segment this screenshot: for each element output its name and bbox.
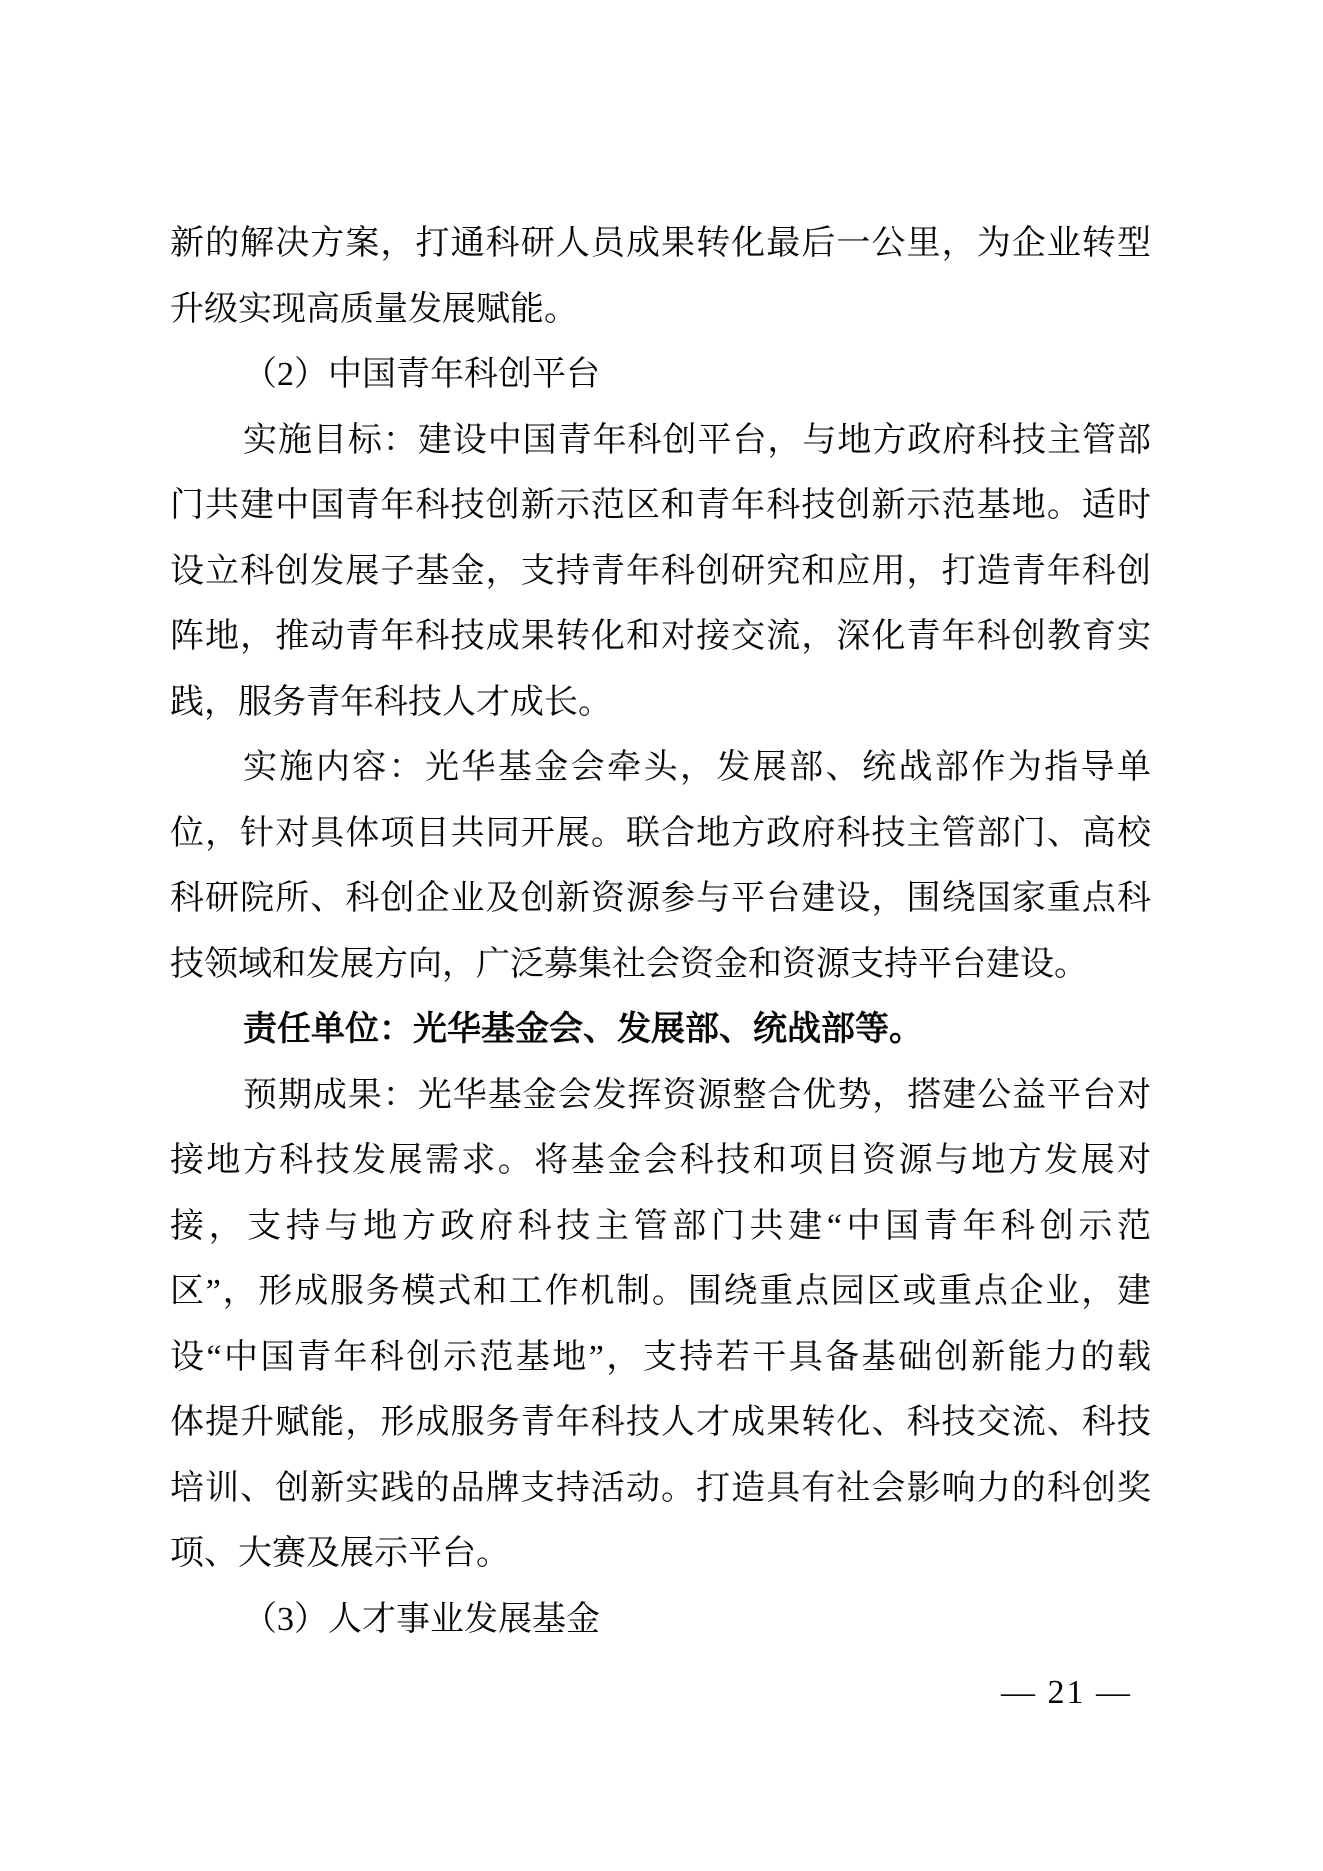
text-line: 区”，形成服务模式和工作机制。围绕重点园区或重点企业，建 — [170, 1259, 1151, 1325]
document-body: 新的解决方案，打通科研人员成果转化最后一公里，为企业转型升级实现高质量发展赋能。… — [170, 211, 1151, 1652]
text-line: 新的解决方案，打通科研人员成果转化最后一公里，为企业转型 — [170, 211, 1151, 277]
page-number: — 21 — — [1001, 1672, 1132, 1714]
text-line: 项、大赛及展示平台。 — [170, 1521, 1151, 1587]
text-line: 设“中国青年科创示范基地”，支持若干具备基础创新能力的载 — [170, 1325, 1151, 1391]
text-line: 践，服务青年科技人才成长。 — [170, 670, 1151, 736]
text-line: （2）中国青年科创平台 — [170, 342, 1151, 408]
text-line: 升级实现高质量发展赋能。 — [170, 277, 1151, 343]
text-line: （3）人才事业发展基金 — [170, 1587, 1151, 1653]
text-line: 接地方科技发展需求。将基金会科技和项目资源与地方发展对 — [170, 1128, 1151, 1194]
responsibility-unit-line: 责任单位：光华基金会、发展部、统战部等。 — [170, 997, 1151, 1063]
text-line: 培训、创新实践的品牌支持活动。打造具有社会影响力的科创奖 — [170, 1456, 1151, 1522]
document-page: 新的解决方案，打通科研人员成果转化最后一公里，为企业转型升级实现高质量发展赋能。… — [0, 0, 1323, 1871]
text-line: 接，支持与地方政府科技主管部门共建“中国青年科创示范 — [170, 1194, 1151, 1260]
text-line: 设立科创发展子基金，支持青年科创研究和应用，打造青年科创 — [170, 539, 1151, 605]
text-line: 体提升赋能，形成服务青年科技人才成果转化、科技交流、科技 — [170, 1390, 1151, 1456]
text-line: 门共建中国青年科技创新示范区和青年科技创新示范基地。适时 — [170, 473, 1151, 539]
text-line: 位，针对具体项目共同开展。联合地方政府科技主管部门、高校 — [170, 801, 1151, 867]
text-line: 实施目标：建设中国青年科创平台，与地方政府科技主管部 — [170, 408, 1151, 474]
text-line: 科研院所、科创企业及创新资源参与平台建设，围绕国家重点科 — [170, 866, 1151, 932]
text-line: 技领域和发展方向，广泛募集社会资金和资源支持平台建设。 — [170, 932, 1151, 998]
text-line: 预期成果：光华基金会发挥资源整合优势，搭建公益平台对 — [170, 1063, 1151, 1129]
text-line: 阵地，推动青年科技成果转化和对接交流，深化青年科创教育实 — [170, 604, 1151, 670]
text-line: 实施内容：光华基金会牵头，发展部、统战部作为指导单 — [170, 735, 1151, 801]
